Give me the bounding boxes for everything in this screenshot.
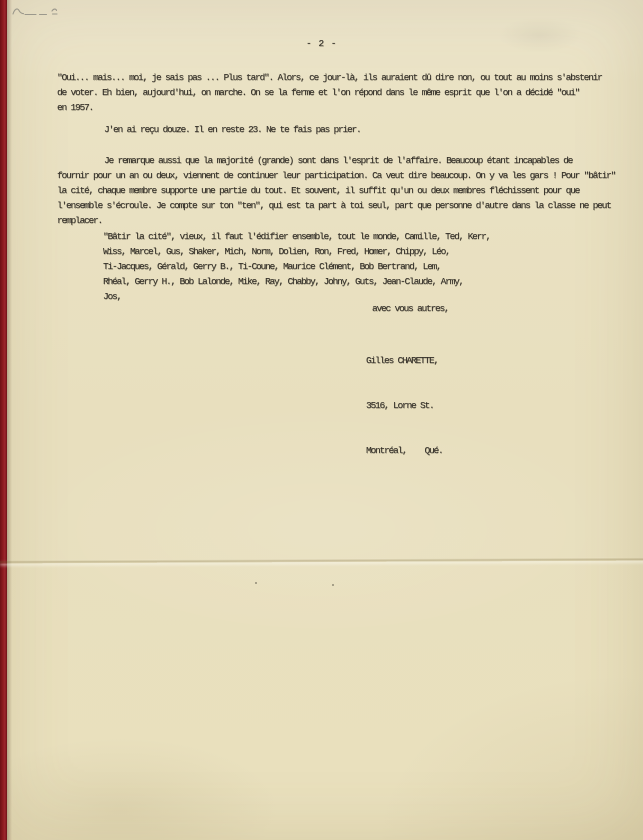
paper-speck xyxy=(332,584,334,586)
page-number: - 2 - xyxy=(0,36,643,51)
names-list-block: "Bâtir la cité", vieux, il faut l'édifie… xyxy=(103,229,490,304)
pencil-scribble-icon xyxy=(10,4,70,22)
paragraph-received-count: J'en ai reçu douze. Il en reste 23. Ne t… xyxy=(57,122,361,137)
paragraph-majority: Je remarque aussi que la majorité (grand… xyxy=(57,153,615,228)
signature-street: 3516, Lorne St. xyxy=(366,398,443,413)
signature-block: Gilles CHARETTE, 3516, Lorne St. Montréa… xyxy=(366,323,443,488)
signature-city: Montréal, Qué. xyxy=(366,443,443,458)
paper-speck xyxy=(255,582,257,584)
paragraph-opening: "Oui... mais... moi, je sais pas ... Plu… xyxy=(57,70,602,115)
binding-strip xyxy=(0,0,7,840)
fold-crease xyxy=(0,558,643,564)
signature-name: Gilles CHARETTE, xyxy=(366,353,443,368)
binding-shadow xyxy=(7,0,12,840)
closing-line: avec vous autres, xyxy=(372,301,449,316)
scanned-letter-page: - 2 - "Oui... mais... moi, je sais pas .… xyxy=(0,0,643,840)
